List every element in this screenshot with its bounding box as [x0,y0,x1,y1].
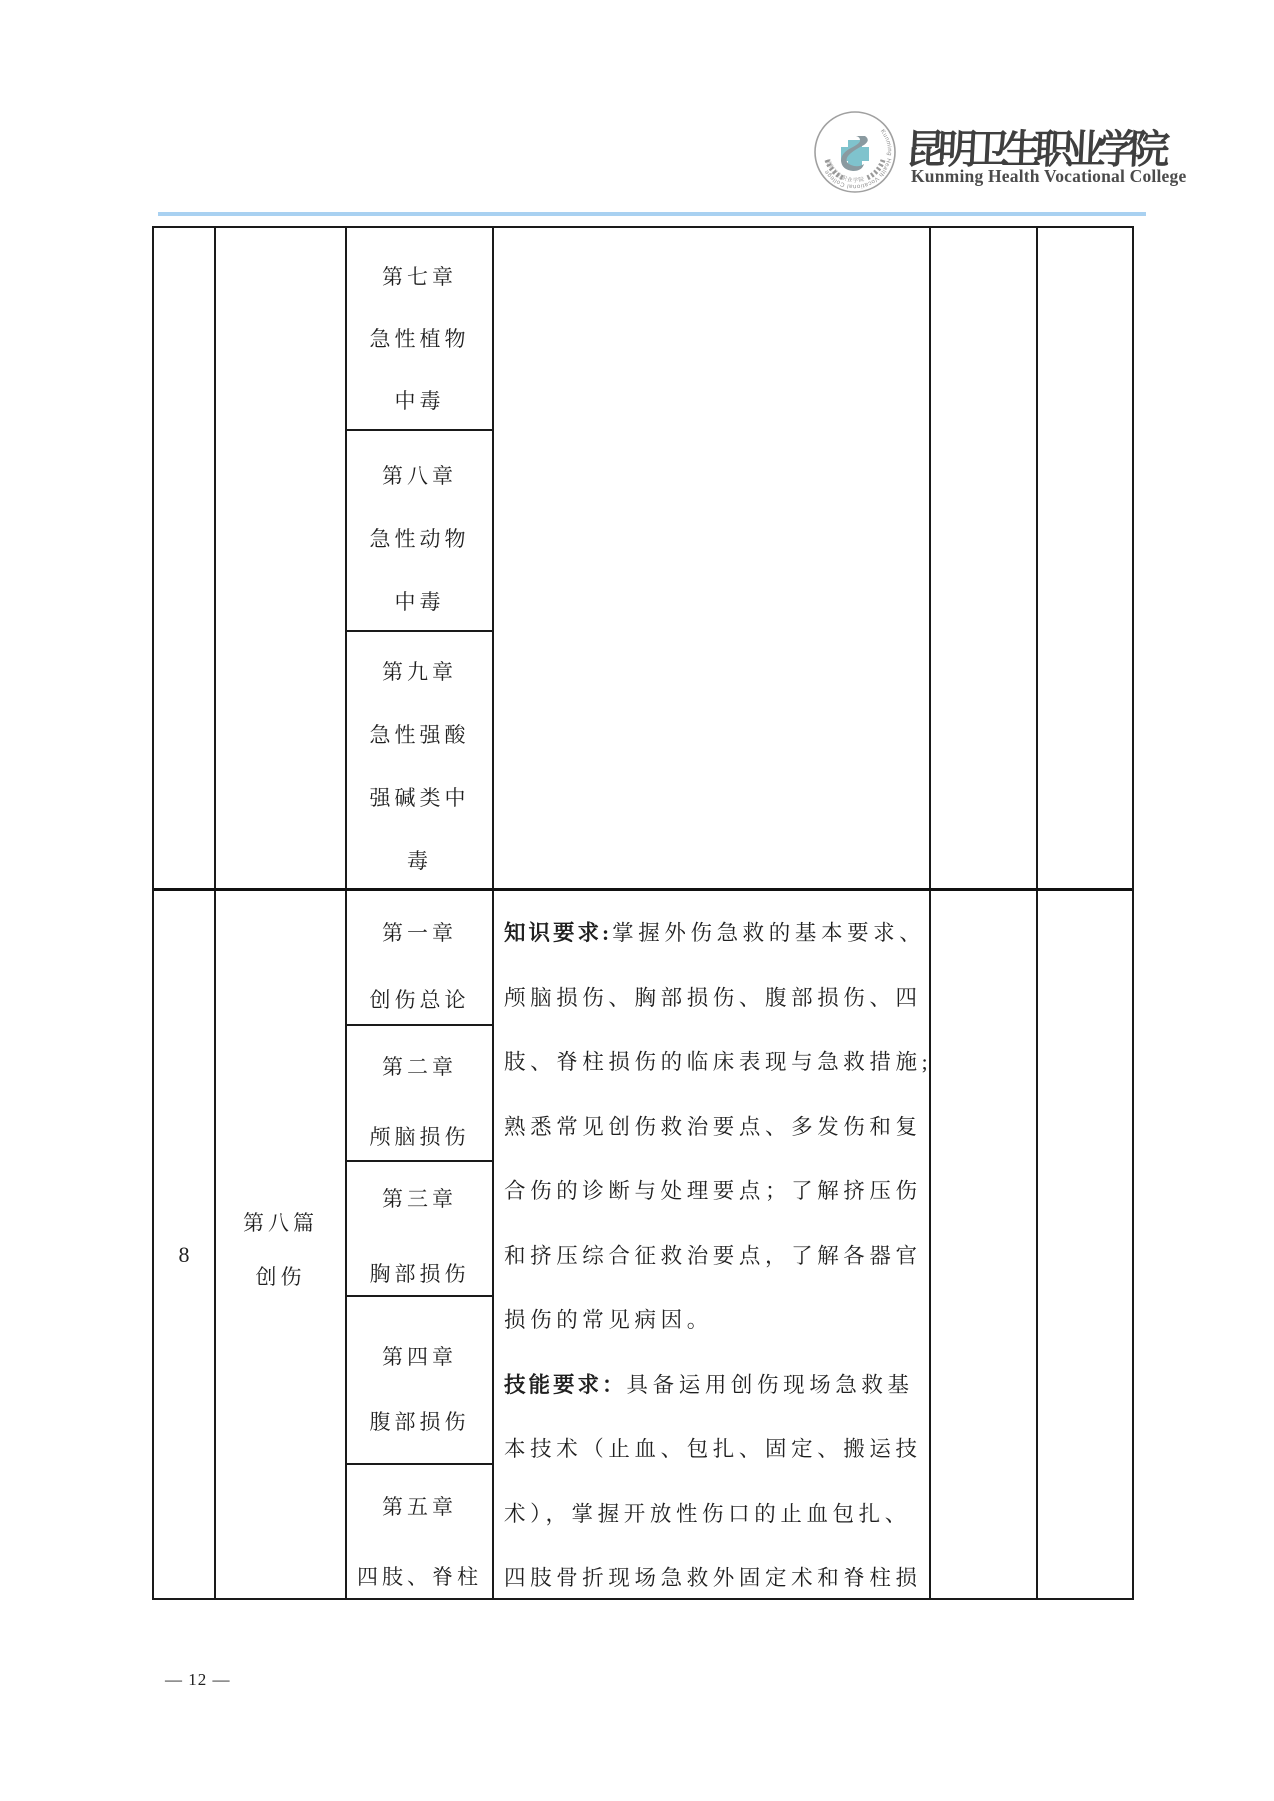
content-line: 和挤压综合征救治要点，了解各器官 [504,1224,923,1289]
college-name-en: Kunming Health Vocational College [911,166,1181,187]
college-seal-logo: Kunming Health Vocational College 昆明卫生职业… [813,110,897,194]
header-divider-rule [158,212,1146,216]
content-line: 知识要求:掌握外伤急救的基本要求、 [504,901,923,966]
college-name-zh: 昆明卫生职业学院 [905,118,1180,168]
curriculum-table: 第七章 急性植物 中毒 第八章 急性动物 中毒 第九章 急性强酸 强碱类中 毒 … [152,226,1134,1600]
chapter-cell-9: 第九章 急性强酸 强碱类中 毒 [347,632,492,888]
chapter-cell-7: 第七章 急性植物 中毒 [347,228,492,429]
page-number: — 12 — [165,1670,231,1690]
chapter-cell-4: 第四章 腹部损伤 [347,1297,492,1463]
chapter-cell-8: 第八章 急性动物 中毒 [347,431,492,630]
content-line: 颅脑损伤、胸部损伤、腹部损伤、四 [504,966,923,1031]
document-page: Kunming Health Vocational College 昆明卫生职业… [0,0,1274,1801]
chapter-cell-2: 第二章 颅脑损伤 [347,1026,492,1160]
chapter-cell-1: 第一章 创伤总论 [347,891,492,1024]
content-line: 熟悉常见创伤救治要点、多发伤和复 [504,1095,923,1160]
chapter-cell-3: 第三章 胸部损伤 [347,1162,492,1295]
table-vline-5 [1036,228,1038,1598]
content-line: 合伤的诊断与处理要点；了解挤压伤 [504,1159,923,1224]
content-line: 技能要求：具备运用创伤现场急救基 [504,1353,923,1418]
content-line: 损伤的常见病因。 [504,1288,923,1353]
section-name-cell: 第八篇 创伤 [216,891,345,1598]
content-line: 四肢骨折现场急救外固定术和脊柱损 [504,1546,923,1611]
row-index-cell: 8 [154,891,214,1598]
content-line: 术），掌握开放性伤口的止血包扎、 [504,1482,923,1547]
table-vline-4 [929,228,931,1598]
requirements-cell: 知识要求:掌握外伤急救的基本要求、 颅脑损伤、胸部损伤、腹部损伤、四 肢、脊柱损… [494,891,929,1598]
content-line: 本技术（止血、包扎、固定、搬运技 [504,1417,923,1482]
content-line: 肢、脊柱损伤的临床表现与急救措施; [504,1030,923,1095]
chapter-cell-5: 第五章 四肢、脊柱 [347,1465,492,1598]
